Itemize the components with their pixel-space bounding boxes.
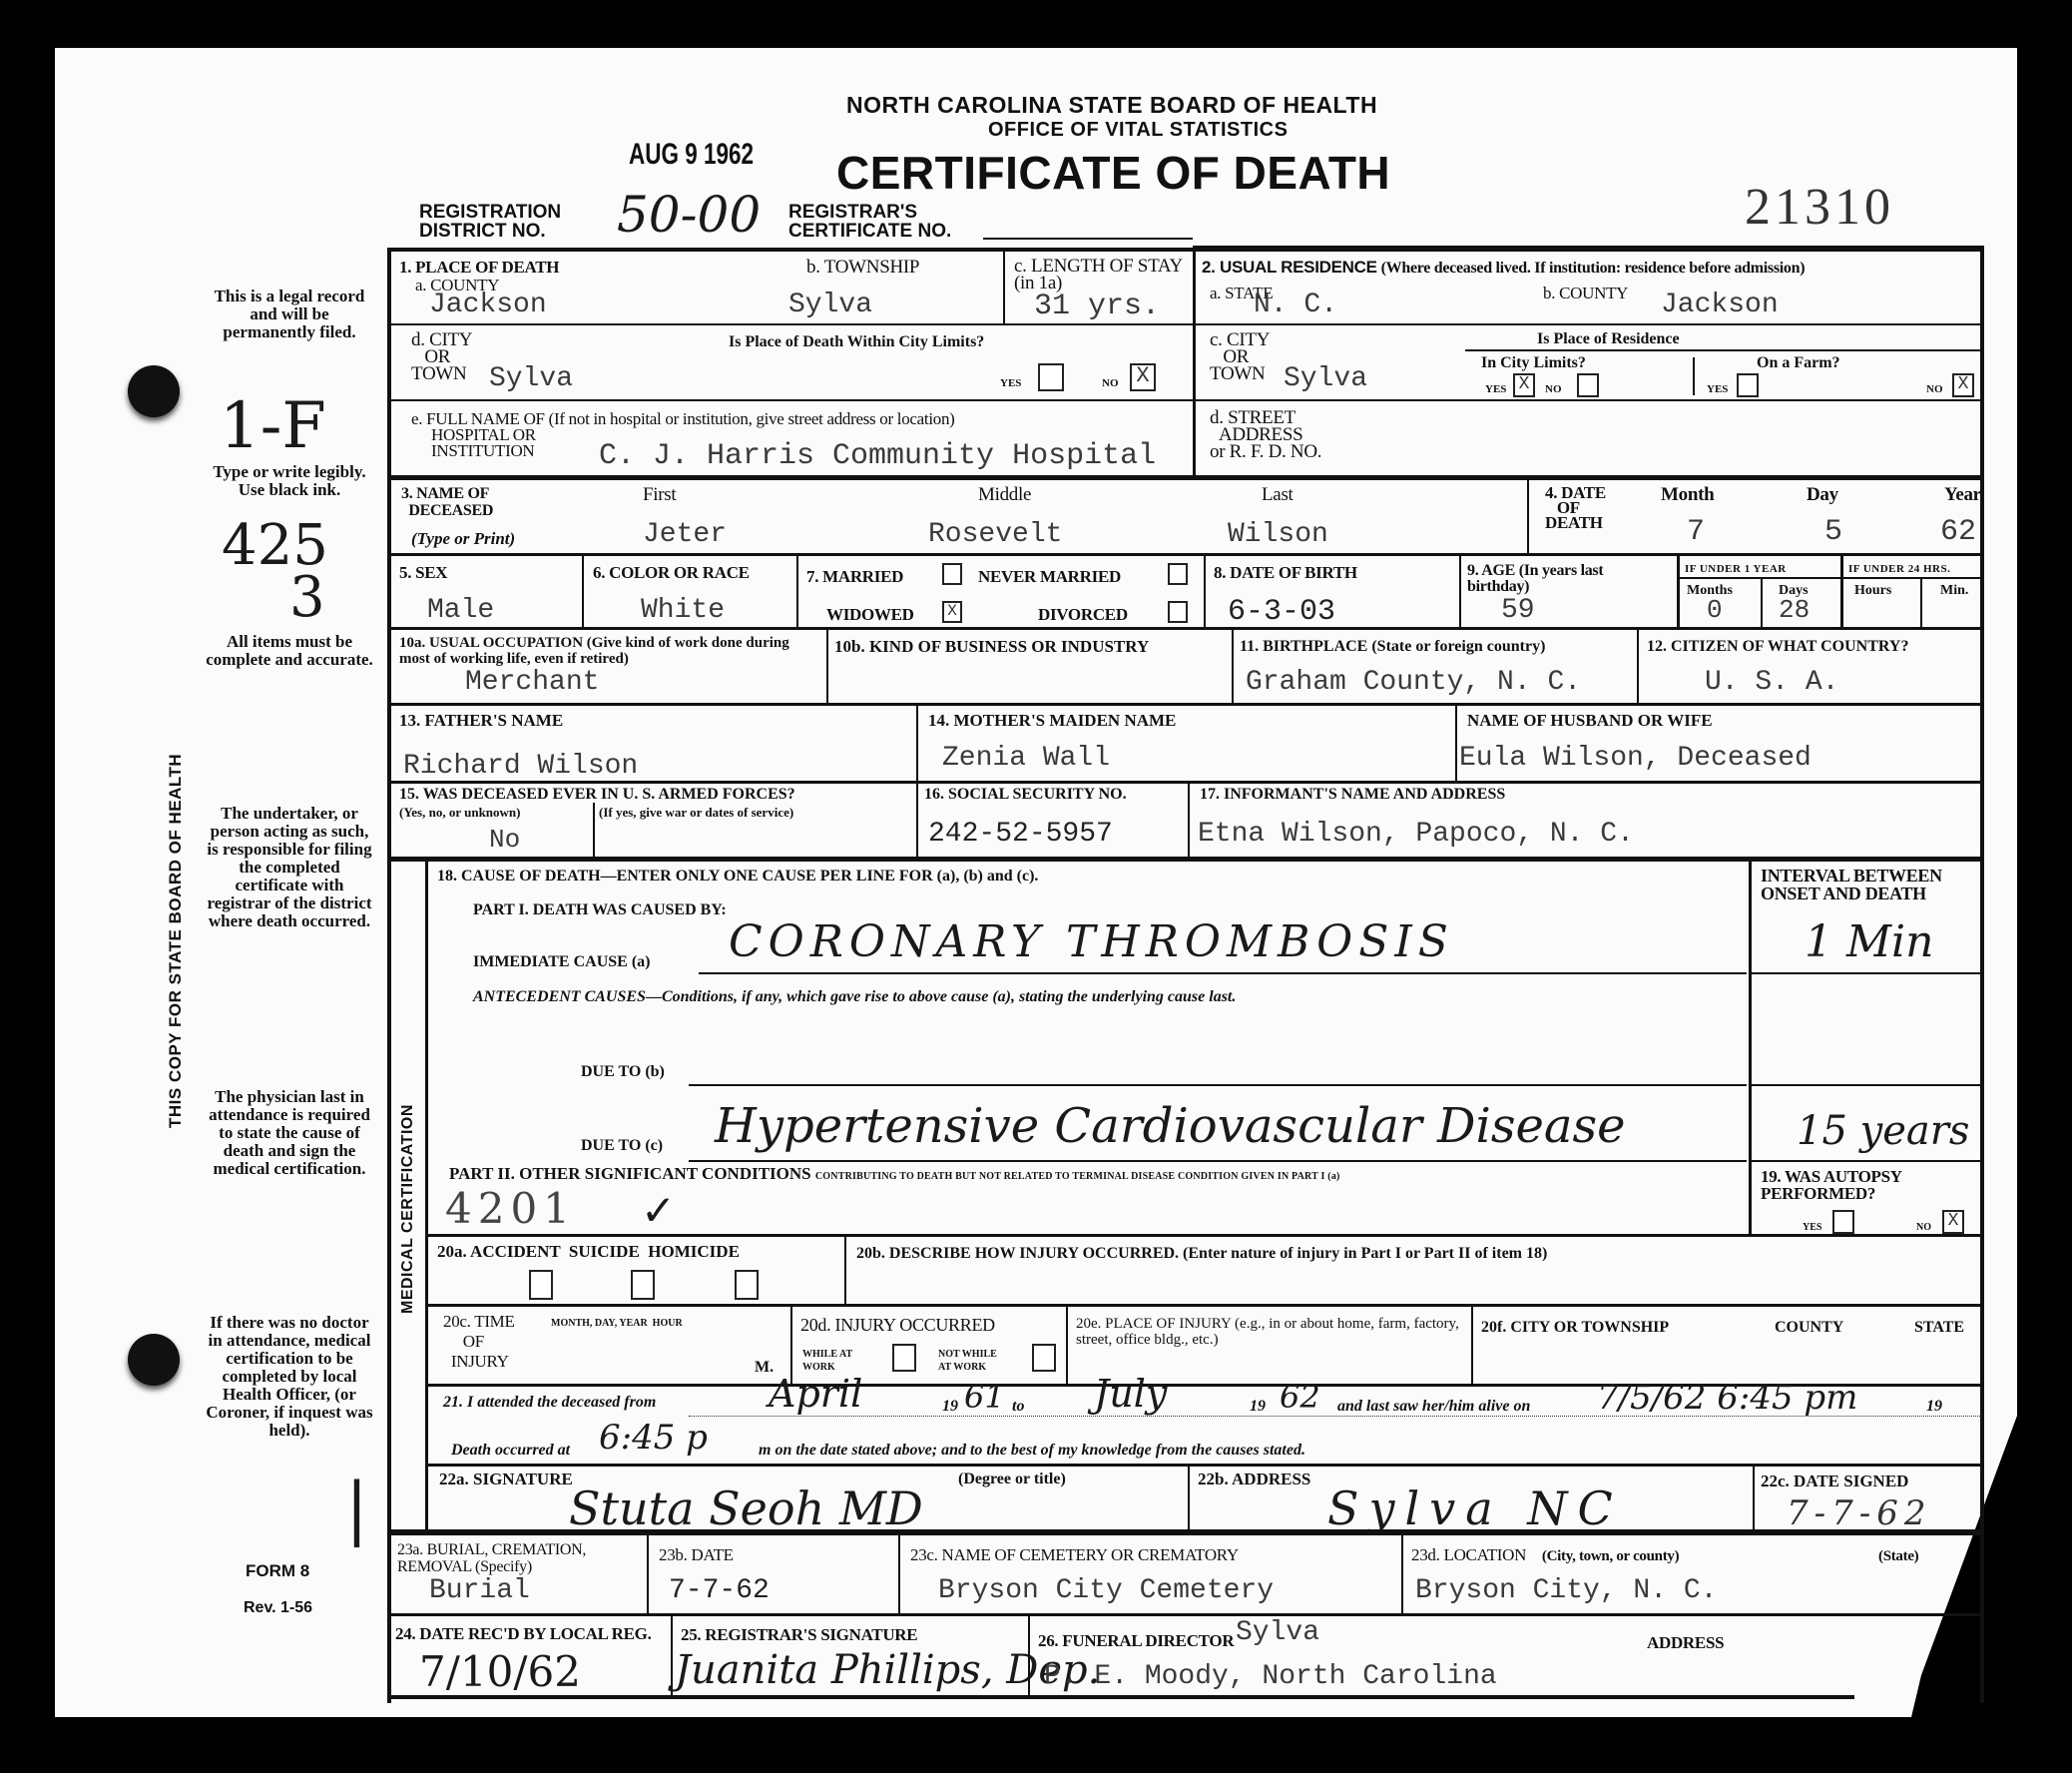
usual-residence-label: 2. USUAL RESIDENCE (Where deceased lived…: [1202, 258, 1805, 278]
funeral-director-label: 26. FUNERAL DIRECTOR: [1038, 1631, 1234, 1650]
township-label: b. TOWNSHIP: [806, 258, 919, 277]
22a-22b-divider: [1188, 1466, 1190, 1529]
widowed-checkbox[interactable]: X: [942, 601, 962, 623]
form-bottom-line: [387, 1695, 1854, 1699]
part2-label: PART II. OTHER SIGNIFICANT CONDITIONS CO…: [449, 1166, 1340, 1185]
dob-label: 8. DATE OF BIRTH: [1214, 563, 1357, 582]
row-line-20a-top: [427, 1234, 1984, 1237]
accident-checkbox[interactable]: [529, 1270, 553, 1300]
citizen-value: U. S. A.: [1705, 667, 1838, 698]
hand-code-3: 3: [289, 565, 325, 630]
city-label: d. CITY ORTOWN: [411, 331, 472, 382]
married-checkbox[interactable]: [942, 563, 962, 585]
ssn-informant-divider: [1188, 783, 1190, 859]
sex-race-divider: [582, 555, 584, 627]
location-value: Bryson City, N. C.: [1415, 1575, 1717, 1606]
res-street-label: d. STREET ADDRESSor R. F. D. NO.: [1210, 409, 1321, 460]
frame-top-right: [1193, 246, 1984, 252]
res-county-value: Jackson: [1661, 290, 1779, 320]
dod-year-value: 62: [1940, 515, 1976, 549]
cemetery-value: Bryson City Cemetery: [938, 1575, 1274, 1606]
father-mother-divider: [916, 705, 918, 781]
place-of-injury-label: 20e. PLACE OF INJURY (e.g., in or about …: [1076, 1316, 1465, 1348]
dod-month-label: Month: [1661, 485, 1714, 504]
row-line-3-top: [391, 475, 1984, 480]
row-line-2c: [1196, 399, 1984, 401]
marital-dob-divider: [1204, 555, 1206, 627]
death-city-value: Sylva: [489, 363, 573, 394]
sex-label: 5. SEX: [399, 563, 447, 582]
age-under1-divider: [1677, 555, 1680, 627]
place-of-death-label: 1. PLACE OF DEATH: [399, 258, 559, 277]
attended-to-year: 62: [1280, 1378, 1320, 1416]
under1-under24-divider: [1840, 555, 1843, 627]
not-while-at-work-label: NOT WHILE AT WORK: [938, 1348, 998, 1374]
to-label: to: [1012, 1398, 1024, 1416]
medical-cert-left-line: [425, 859, 428, 1529]
25-26-divider: [1028, 1615, 1030, 1695]
registration-district-label: REGISTRATION DISTRICT NO.: [419, 203, 599, 241]
injury-occurred-label: 20d. INJURY OCCURRED: [800, 1316, 995, 1335]
state-file-number: 21310: [1745, 178, 1894, 237]
res-state-value: N. C.: [1254, 290, 1337, 320]
death-township-value: Sylva: [788, 290, 872, 320]
divorced-checkbox[interactable]: [1168, 601, 1188, 623]
informant-value: Etna Wilson, Papoco, N. C.: [1198, 819, 1634, 850]
dod-month-value: 7: [1687, 515, 1705, 549]
interval-c-value: 15 years: [1797, 1108, 1969, 1154]
race-label: 6. COLOR OR RACE: [593, 563, 750, 582]
dod-divider: [1527, 479, 1529, 553]
res-farm-no-label: NO: [1926, 381, 1943, 397]
interval-b-line: [1749, 1084, 1984, 1086]
date-signed-label: 22c. DATE SIGNED: [1761, 1474, 1908, 1489]
res-county-label: b. COUNTY: [1543, 284, 1628, 302]
death-county-value: Jackson: [429, 290, 547, 320]
note-legal-record: This is a legal record and will be perma…: [205, 288, 374, 341]
injury-description-label: 20b. DESCRIBE HOW INJURY OCCURRED. (Ente…: [856, 1246, 1547, 1262]
min-label: Min.: [1940, 583, 1968, 599]
race-value: White: [641, 595, 725, 626]
attended-from-year-prefix: 19: [942, 1398, 958, 1416]
widowed-label: WIDOWED: [826, 605, 914, 624]
due-to-c-line: [689, 1160, 1747, 1162]
due-to-b-label: DUE TO (b): [581, 1064, 665, 1080]
industry-label: 10b. KIND OF BUSINESS OR INDUSTRY: [834, 639, 1149, 655]
mother-label: 14. MOTHER'S MAIDEN NAME: [928, 713, 1176, 729]
first-name-label: First: [643, 485, 676, 504]
stay-value: 31 yrs.: [1034, 290, 1160, 323]
within-limits-yes-label: YES: [1000, 375, 1021, 391]
20e-20f-divider: [1471, 1306, 1473, 1384]
armed-forces-value: No: [489, 825, 520, 855]
interval-column-divider: [1749, 861, 1752, 1236]
middle-name-label: Middle: [978, 485, 1031, 504]
injury-county-label: COUNTY: [1775, 1320, 1843, 1336]
occ-industry-divider: [826, 629, 828, 703]
funeral-director-value: P. E. Moody, North Carolina: [1044, 1661, 1497, 1692]
row-line-5-top: [391, 553, 1984, 556]
res-limits-no-label: NO: [1545, 381, 1562, 397]
not-while-at-work-checkbox[interactable]: [1032, 1344, 1056, 1372]
spouse-value: Eula Wilson, Deceased: [1459, 743, 1812, 774]
physician-address-label: 22b. ADDRESS: [1198, 1472, 1310, 1487]
hospital-label-2: HOSPITAL ORINSTITUTION: [431, 427, 536, 459]
age-value: 59: [1501, 595, 1535, 626]
part1-label: PART I. DEATH WAS CAUSED BY:: [473, 902, 727, 918]
dob-value: 6-3-03: [1228, 595, 1335, 629]
days-value: 28: [1779, 595, 1810, 625]
father-value: Richard Wilson: [403, 751, 638, 782]
registration-district-value: 50-00: [617, 186, 761, 244]
middle-name-value: Rosevelt: [928, 519, 1062, 550]
funeral-address-label: ADDRESS: [1647, 1633, 1724, 1652]
row-line-22-top: [427, 1464, 1984, 1467]
res-limits-yes-label: YES: [1485, 381, 1506, 397]
date-signed-value: 7-7-62: [1787, 1493, 1932, 1533]
22b-22c-divider: [1753, 1466, 1755, 1529]
birthplace-citizen-divider: [1637, 629, 1639, 703]
cause-of-death-label: 18. CAUSE OF DEATH—ENTER ONLY ONE CAUSE …: [437, 869, 1038, 885]
row-line-2a: [1196, 323, 1984, 325]
dob-age-divider: [1459, 555, 1461, 627]
hospital-value: C. J. Harris Community Hospital: [599, 439, 1156, 473]
stay-label: c. LENGTH OF STAY (in 1a): [1014, 258, 1184, 292]
homicide-checkbox[interactable]: [735, 1270, 759, 1300]
ssn-label: 16. SOCIAL SECURITY NO.: [924, 787, 1127, 803]
res-city-limits-label: In City Limits?: [1481, 355, 1586, 371]
20a-20b-divider: [844, 1236, 846, 1304]
occupation-label: 10a. USUAL OCCUPATION (Give kind of work…: [399, 635, 818, 667]
immediate-cause-label: IMMEDIATE CAUSE (a): [473, 954, 650, 970]
under-1-year-label: IF UNDER 1 YEAR: [1685, 561, 1787, 577]
row-line-1d: [391, 399, 1193, 401]
res-limits-no-checkbox[interactable]: [1577, 373, 1599, 397]
race-marital-divider: [796, 555, 798, 627]
father-label: 13. FATHER'S NAME: [399, 713, 563, 729]
deceased-name-label: 3. NAME OF DECEASED: [401, 485, 493, 519]
type-or-print-label: (Type or Print): [411, 529, 515, 549]
injury-state-label: STATE: [1914, 1320, 1964, 1336]
mother-spouse-divider: [1455, 705, 1457, 781]
first-name-value: Jeter: [643, 519, 727, 550]
industry-birthplace-divider: [1232, 629, 1234, 703]
ssn-value: 242-52-5957: [928, 819, 1113, 850]
time-columns-label: MONTH, DAY, YEAR HOUR: [551, 1316, 683, 1332]
res-place-line: [1465, 349, 1984, 351]
autopsy-label: 19. WAS AUTOPSY PERFORMED?: [1761, 1168, 1980, 1202]
armed-forces-sub-1: (Yes, no, or unknown): [399, 805, 521, 821]
burial-label: 23a. BURIAL, CREMATION, REMOVAL (Specify…: [397, 1541, 647, 1575]
res-farm-no-checkbox[interactable]: X: [1952, 373, 1974, 397]
row-line-10-top: [391, 627, 1984, 630]
armed-forces-label: 15. WAS DECEASED EVER IN U. S. ARMED FOR…: [399, 787, 795, 803]
interval-a-line: [1749, 972, 1984, 974]
dod-day-value: 5: [1824, 515, 1842, 549]
attended-from-value: April: [769, 1372, 862, 1416]
note-undertaker: The undertaker, or person acting as such…: [205, 805, 374, 930]
last-name-value: Wilson: [1228, 519, 1328, 550]
degree-label: (Degree or title): [958, 1472, 1066, 1487]
burial-date-value: 7-7-62: [669, 1575, 770, 1606]
while-at-work-label: WHILE AT WORK: [802, 1348, 858, 1374]
location-state-label: (State): [1878, 1547, 1918, 1566]
under-header-line: [1677, 577, 1984, 579]
time-of-injury-label: 20c. TIME OF INJURY: [443, 1312, 515, 1372]
attended-to-value: July: [1094, 1372, 1167, 1416]
within-limits-no-checkbox[interactable]: X: [1130, 363, 1156, 391]
spouse-label: NAME OF HUSBAND OR WIFE: [1467, 713, 1713, 729]
row-line-20c-top: [427, 1304, 1984, 1307]
part2-code: 4201: [445, 1184, 576, 1233]
death-occurred-suffix: m on the date stated above; and to the b…: [759, 1442, 1305, 1460]
hours-min-divider: [1920, 579, 1922, 627]
24-25-divider: [671, 1615, 673, 1695]
within-limits-yes-checkbox[interactable]: [1038, 363, 1064, 391]
cemetery-label: 23c. NAME OF CEMETERY OR CREMATORY: [910, 1545, 1239, 1564]
hand-mark: |: [345, 1470, 368, 1548]
attended-label: 21. I attended the deceased from: [443, 1394, 656, 1412]
dod-day-label: Day: [1807, 485, 1838, 504]
res-farm-yes-label-2: YES: [1707, 381, 1728, 397]
city-township-label: 20f. CITY OR TOWNSHIP: [1481, 1320, 1669, 1336]
informant-label: 17. INFORMANT'S NAME AND ADDRESS: [1200, 787, 1505, 803]
attended-from-year: 61: [964, 1378, 1005, 1416]
within-limits-no-label: NO: [1102, 375, 1119, 391]
married-label: 7. MARRIED: [806, 567, 903, 586]
death-occurred-label: Death occurred at: [451, 1442, 570, 1460]
res-limit-farm-divider: [1693, 357, 1695, 395]
last-saw-year-prefix: 19: [1926, 1398, 1942, 1416]
date-received-value: 7/10/62: [419, 1647, 581, 1696]
death-time-value: 6:45 p: [599, 1418, 708, 1458]
form-revision: Rev. 1-56: [244, 1599, 312, 1617]
registrar-signature: Juanita Phillips, Dep.: [675, 1647, 1100, 1693]
dod-year-label: Year: [1944, 485, 1981, 504]
due-to-c-value: Hypertensive Cardiovascular Disease: [715, 1098, 1626, 1154]
immediate-cause-line: [699, 972, 1747, 974]
res-limits-yes-checkbox[interactable]: X: [1513, 373, 1535, 397]
note-complete-accurate: All items must be complete and accurate.: [205, 633, 374, 669]
last-saw-value: 7/5/62 6:45 pm: [1597, 1378, 1857, 1418]
res-city-label: c. CITY ORTOWN: [1210, 331, 1270, 382]
hand-code-1f: 1-F: [220, 389, 326, 463]
row-line-24-top: [391, 1613, 1984, 1616]
medical-cert-vertical-label: MEDICAL CERTIFICATION: [399, 1104, 417, 1314]
dod-label: 4. DATE OFDEATH: [1545, 485, 1606, 530]
sex-value: Male: [427, 595, 494, 626]
last-saw-label: and last saw her/him alive on: [1337, 1398, 1530, 1416]
suicide-checkbox[interactable]: [631, 1270, 655, 1300]
agency-title: NORTH CAROLINA STATE BOARD OF HEALTH: [846, 92, 1377, 119]
hours-label: Hours: [1854, 583, 1891, 599]
while-at-work-checkbox[interactable]: [892, 1344, 916, 1372]
immediate-cause-value: Coronary Thrombosis: [729, 916, 1454, 967]
occupation-value: Merchant: [465, 667, 599, 698]
row-line-18-top: [391, 857, 1984, 862]
physician-address-value: Sylva NC: [1327, 1481, 1623, 1535]
row-line-23-top: [391, 1529, 1984, 1535]
note-no-doctor: If there was no doctor in attendance, me…: [205, 1314, 374, 1440]
23c-23d-divider: [1401, 1533, 1403, 1613]
attended-to-year-prefix: 19: [1250, 1398, 1266, 1416]
res-place-label: Is Place of Residence: [1537, 331, 1680, 347]
punch-hole-bottom: [128, 1334, 180, 1386]
stay-divider: [1003, 252, 1005, 323]
note-type-legibly: Type or write legibly. Use black ink.: [205, 463, 374, 499]
autopsy-no-checkbox[interactable]: X: [1942, 1210, 1964, 1234]
date-received-label: 24. DATE REC'D BY LOCAL REG.: [395, 1625, 665, 1642]
funeral-name-extra: Sylva: [1236, 1617, 1319, 1648]
burial-date-label: 23b. DATE: [659, 1545, 734, 1564]
mother-value: Zenia Wall: [942, 743, 1110, 774]
registrar-signature-label: 25. REGISTRAR'S SIGNATURE: [681, 1625, 917, 1644]
stamp-date: AUG 9 1962: [629, 138, 754, 172]
registrar-cert-underline: [983, 238, 1193, 240]
vertical-copy-label: THIS COPY FOR STATE BOARD OF HEALTH: [166, 754, 186, 1128]
attended-line: [689, 1416, 1982, 1418]
note-physician: The physician last in attendance is requ…: [205, 1088, 374, 1178]
23a-23b-divider: [647, 1533, 649, 1613]
age-label: 9. AGE (In years last birthday): [1467, 563, 1657, 595]
signature-label: 22a. SIGNATURE: [439, 1472, 573, 1487]
citizen-label: 12. CITIZEN OF WHAT COUNTRY?: [1647, 639, 1908, 655]
interval-a-value: 1 Min: [1805, 916, 1933, 967]
within-limits-label: Is Place of Death Within City Limits?: [729, 333, 1188, 350]
res-farm-label: On a Farm?: [1757, 355, 1840, 371]
part2-check-icon: ✓: [641, 1186, 676, 1235]
row-line-13-top: [391, 703, 1984, 706]
location-label: 23d. LOCATION (City, town, or county): [1411, 1545, 1679, 1566]
office-subtitle: OFFICE OF VITAL STATISTICS: [988, 119, 1288, 142]
birthplace-label: 11. BIRTHPLACE (State or foreign country…: [1240, 639, 1545, 655]
20d-20e-divider: [1066, 1306, 1068, 1384]
antecedent-label: ANTECEDENT CAUSES—Conditions, if any, wh…: [473, 988, 1236, 1006]
autopsy-yes-checkbox[interactable]: [1832, 1210, 1854, 1234]
months-days-divider: [1761, 579, 1763, 627]
punch-hole-top: [128, 365, 180, 417]
last-name-label: Last: [1262, 485, 1294, 504]
burial-value: Burial: [429, 1575, 530, 1606]
armed-forces-sub-2: (If yes, give war or dates of service): [599, 805, 793, 821]
23b-23c-divider: [898, 1533, 900, 1613]
under-24-hrs-label: IF UNDER 24 HRS.: [1848, 561, 1950, 577]
interval-label: INTERVAL BETWEEN ONSET AND DEATH: [1761, 867, 1990, 902]
birthplace-value: Graham County, N. C.: [1246, 667, 1581, 698]
interval-c-line: [1749, 1160, 1984, 1162]
row-line-1a: [391, 323, 1193, 325]
section1-2-divider: [1193, 248, 1196, 475]
divorced-label: DIVORCED: [1038, 605, 1128, 624]
accident-suicide-homicide-label: 20a. ACCIDENT SUICIDE HOMICIDE: [437, 1244, 740, 1260]
page-title: CERTIFICATE OF DEATH: [836, 146, 1390, 200]
res-city-value: Sylva: [1284, 363, 1367, 394]
months-value: 0: [1707, 595, 1723, 625]
due-to-c-label: DUE TO (c): [581, 1138, 663, 1154]
due-to-b-line: [689, 1084, 1747, 1086]
never-married-checkbox[interactable]: [1168, 563, 1188, 585]
armed-sub-divider: [593, 803, 595, 859]
armed-ssn-divider: [916, 783, 918, 859]
res-farm-yes-checkbox[interactable]: [1737, 373, 1759, 397]
registrar-cert-label: REGISTRAR'S CERTIFICATE NO.: [788, 203, 978, 241]
physician-signature: Stuta Seoh MD: [569, 1481, 923, 1535]
form-number: FORM 8: [246, 1561, 309, 1581]
never-married-label: NEVER MARRIED: [978, 567, 1121, 586]
